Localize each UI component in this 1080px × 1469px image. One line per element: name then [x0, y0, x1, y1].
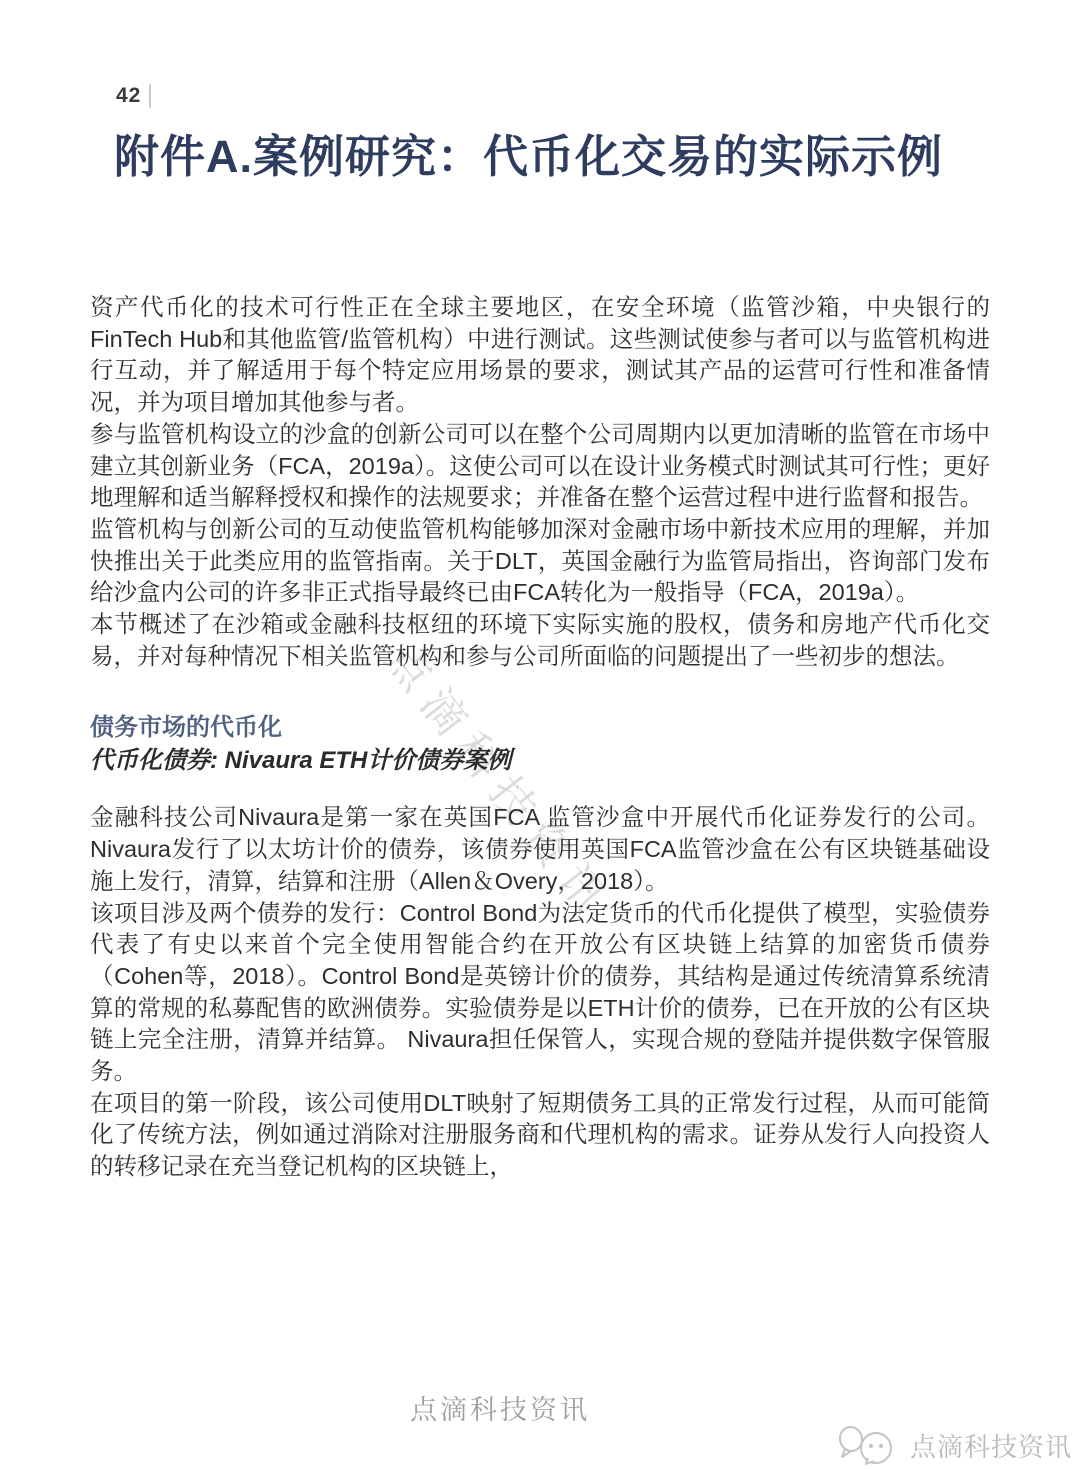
page-number-divider — [149, 84, 151, 108]
page-number-row: 42 — [116, 84, 151, 108]
section-heading: 债务市场的代币化 — [90, 712, 990, 744]
page-number: 42 — [116, 84, 141, 108]
document-page: 42 附件A.案例研究：代币化交易的实际示例 点滴科技资讯 资产代币化的技术可行… — [0, 0, 1080, 1469]
paragraph: 参与监管机构设立的沙盒的创新公司可以在整个公司周期内以更加清晰的监管在市场中建立… — [90, 419, 990, 514]
paragraph: 该项目涉及两个债券的发行：Control Bond为法定货币的代币化提供了模型，… — [90, 898, 990, 1088]
footer-brand-text: 点滴科技资讯 — [0, 1388, 1000, 1427]
document-body: 资产代币化的技术可行性正在全球主要地区，在安全环境（监管沙箱，中央银行的FinT… — [90, 292, 990, 1183]
chat-faces-icon — [838, 1424, 904, 1466]
paragraph: 监管机构与创新公司的互动使监管机构能够加深对金融市场中新技术应用的理解，并加快推… — [90, 514, 990, 609]
page-title: 附件A.案例研究：代币化交易的实际示例 — [114, 128, 994, 187]
paragraph: 资产代币化的技术可行性正在全球主要地区，在安全环境（监管沙箱，中央银行的FinT… — [90, 292, 990, 419]
footer-logo-text: 点滴科技资讯 — [910, 1427, 1072, 1464]
paragraph: 金融科技公司Nivaura是第一家在英国FCA 监管沙盒中开展代币化证券发行的公… — [90, 802, 990, 897]
paragraph: 在项目的第一阶段，该公司使用DLT映射了短期债务工具的正常发行过程，从而可能简化… — [90, 1088, 990, 1183]
paragraph: 本节概述了在沙箱或金融科技枢纽的环境下实际实施的股权，债务和房地产代币化交易，并… — [90, 609, 990, 672]
section-subheading: 代币化债券: Nivaura ETH计价债券案例 — [90, 744, 990, 778]
footer-logo: 点滴科技资讯 — [838, 1424, 1072, 1466]
